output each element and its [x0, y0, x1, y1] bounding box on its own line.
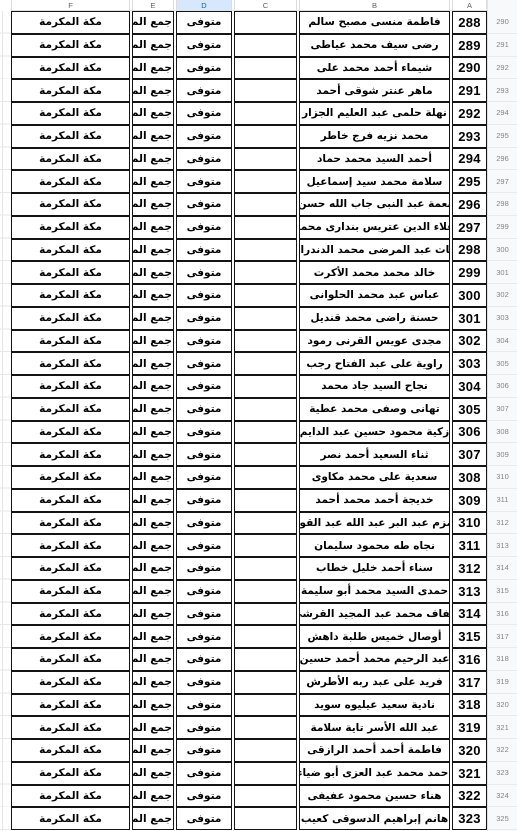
- cell-empty[interactable]: [234, 239, 297, 262]
- cell-name[interactable]: هناء حسين محمود عفيفى: [299, 785, 450, 808]
- row-number[interactable]: 300: [488, 239, 517, 262]
- cell-city[interactable]: مكة المكرمة: [11, 148, 130, 171]
- cell-district[interactable]: جمع المعيصم: [132, 125, 174, 148]
- cell-empty[interactable]: [234, 625, 297, 648]
- cell-status[interactable]: متوفى: [176, 102, 232, 125]
- row-number[interactable]: 310: [488, 466, 517, 489]
- cell-city[interactable]: مكة المكرمة: [11, 239, 130, 262]
- cell-serial-number[interactable]: 305: [452, 398, 487, 421]
- table-row: 306 زكية محمود حسين عبد الدايم متوفى جمع…: [11, 421, 487, 444]
- cell-empty[interactable]: [234, 512, 297, 535]
- cell-empty[interactable]: [234, 307, 297, 330]
- cell-serial-number[interactable]: 318: [452, 694, 487, 717]
- cell-status[interactable]: متوفى: [176, 534, 232, 557]
- table-row: 309 خديجة أحمد محمد أحمد متوفى جمع المعي…: [11, 489, 487, 512]
- cell-serial-number[interactable]: 319: [452, 716, 487, 739]
- row-number[interactable]: 297: [488, 170, 517, 193]
- table-row: 307 ثناء السعيد أحمد نصر متوفى جمع المعي…: [11, 443, 487, 466]
- row-number[interactable]: 294: [488, 102, 517, 125]
- sheet-body: 290 291 292 293 294 295 296 297 298 299 …: [0, 11, 517, 831]
- cell-name[interactable]: فاطمة منسى مصبح سالم: [299, 11, 450, 34]
- cell-serial-number[interactable]: 294: [452, 148, 487, 171]
- column-headers: A B C D E F: [11, 0, 487, 10]
- cell-city[interactable]: مكة المكرمة: [11, 534, 130, 557]
- header-sliver: [0, 0, 11, 11]
- cell-name[interactable]: نعمة عبد النبى جاب الله حسن: [299, 193, 450, 216]
- cell-district[interactable]: جمع المعيصم: [132, 466, 174, 489]
- cell-serial-number[interactable]: 304: [452, 375, 487, 398]
- cell-empty[interactable]: [234, 193, 297, 216]
- column-header[interactable]: A: [452, 0, 487, 10]
- cell-city[interactable]: مكة المكرمة: [11, 807, 130, 830]
- cell-status[interactable]: متوفى: [176, 284, 232, 307]
- row-number[interactable]: 312: [488, 512, 517, 535]
- cell-empty[interactable]: [234, 671, 297, 694]
- row-number[interactable]: 318: [488, 648, 517, 671]
- cell-district[interactable]: جمع المعيصم: [132, 375, 174, 398]
- table-row: 296 نعمة عبد النبى جاب الله حسن متوفى جم…: [11, 193, 487, 216]
- cell-serial-number[interactable]: 291: [452, 79, 487, 102]
- row-number[interactable]: 316: [488, 603, 517, 626]
- cell-status[interactable]: متوفى: [176, 557, 232, 580]
- row-number[interactable]: 309: [488, 443, 517, 466]
- row-number[interactable]: 305: [488, 352, 517, 375]
- cell-empty[interactable]: [234, 398, 297, 421]
- cell-city[interactable]: مكة المكرمة: [11, 489, 130, 512]
- row-number[interactable]: 301: [488, 261, 517, 284]
- table-row: 314 عفاف محمد عبد المجيد القرشى متوفى جم…: [11, 603, 487, 626]
- cell-serial-number[interactable]: 300: [452, 284, 487, 307]
- row-number[interactable]: 304: [488, 330, 517, 353]
- cell-district[interactable]: جمع المعيصم: [132, 489, 174, 512]
- cell-empty[interactable]: [234, 330, 297, 353]
- table-row: 319 عبد الله الأسر تاية سلامة متوفى جمع …: [11, 716, 487, 739]
- cell-district[interactable]: جمع المعيصم: [132, 716, 174, 739]
- cell-serial-number[interactable]: 299: [452, 261, 487, 284]
- cell-empty[interactable]: [234, 125, 297, 148]
- table-row: 301 حسنة راضى محمد قنديل متوفى جمع المعي…: [11, 307, 487, 330]
- cell-city[interactable]: مكة المكرمة: [11, 375, 130, 398]
- cell-city[interactable]: مكة المكرمة: [11, 785, 130, 808]
- cell-city[interactable]: مكة المكرمة: [11, 603, 130, 626]
- cell-district[interactable]: جمع المعيصم: [132, 284, 174, 307]
- cell-status[interactable]: متوفى: [176, 671, 232, 694]
- cell-empty[interactable]: [234, 807, 297, 830]
- table-row: 323 هانم إبراهيم الدسوقى كعيب متوفى جمع …: [11, 807, 487, 830]
- cell-district[interactable]: جمع المعيصم: [132, 534, 174, 557]
- cell-empty[interactable]: [234, 785, 297, 808]
- cell-serial-number[interactable]: 295: [452, 170, 487, 193]
- cell-name[interactable]: عباس عبد محمد الحلوانى: [299, 284, 450, 307]
- row-number[interactable]: 307: [488, 398, 517, 421]
- table-row: 312 سناء أحمد خليل خطاب متوفى جمع المعيص…: [11, 557, 487, 580]
- cell-status[interactable]: متوفى: [176, 79, 232, 102]
- cell-name[interactable]: حمدى السيد محمد أبو سليمة: [299, 580, 450, 603]
- cell-empty[interactable]: [234, 443, 297, 466]
- cell-name[interactable]: غايات عبد المرضى محمد الدندراوى: [299, 239, 450, 262]
- cell-status[interactable]: متوفى: [176, 580, 232, 603]
- row-number[interactable]: 311: [488, 489, 517, 512]
- cell-status[interactable]: متوفى: [176, 125, 232, 148]
- cell-city[interactable]: مكة المكرمة: [11, 125, 130, 148]
- cell-status[interactable]: متوفى: [176, 648, 232, 671]
- row-number[interactable]: 321: [488, 716, 517, 739]
- cell-name[interactable]: شيماء أحمد محمد على: [299, 57, 450, 80]
- cell-name[interactable]: رضى سيف محمد عياطى: [299, 34, 450, 57]
- cell-status[interactable]: متوفى: [176, 762, 232, 785]
- cell-serial-number[interactable]: 312: [452, 557, 487, 580]
- cell-empty[interactable]: [234, 284, 297, 307]
- cell-city[interactable]: مكة المكرمة: [11, 739, 130, 762]
- cell-district[interactable]: جمع المعيصم: [132, 79, 174, 102]
- cell-city[interactable]: مكة المكرمة: [11, 694, 130, 717]
- column-header-strip: A B C D E F: [0, 0, 517, 11]
- cell-name[interactable]: نهلة حلمى عبد العليم الجزار: [299, 102, 450, 125]
- cell-name[interactable]: حسنة راضى محمد قنديل: [299, 307, 450, 330]
- table-row: 322 هناء حسين محمود عفيفى متوفى جمع المع…: [11, 785, 487, 808]
- cell-serial-number[interactable]: 289: [452, 34, 487, 57]
- cell-city[interactable]: مكة المكرمة: [11, 34, 130, 57]
- cell-city[interactable]: مكة المكرمة: [11, 307, 130, 330]
- row-number[interactable]: 293: [488, 79, 517, 102]
- cell-district[interactable]: جمع المعيصم: [132, 148, 174, 171]
- cell-serial-number[interactable]: 292: [452, 102, 487, 125]
- cell-status[interactable]: متوفى: [176, 739, 232, 762]
- cell-empty[interactable]: [234, 739, 297, 762]
- cell-city[interactable]: مكة المكرمة: [11, 79, 130, 102]
- row-number[interactable]: 308: [488, 421, 517, 444]
- cell-name[interactable]: سعدية على محمد مكاوى: [299, 466, 450, 489]
- cell-empty[interactable]: [234, 466, 297, 489]
- column-header[interactable]: F: [11, 0, 130, 10]
- cell-name[interactable]: فاطمة أحمد أحمد الرازقى: [299, 739, 450, 762]
- row-number[interactable]: 323: [488, 762, 517, 785]
- cell-name[interactable]: نادية سعيد عيليوه سويد: [299, 694, 450, 717]
- cell-serial-number[interactable]: 302: [452, 330, 487, 353]
- cell-city[interactable]: مكة المكرمة: [11, 398, 130, 421]
- cell-city[interactable]: مكة المكرمة: [11, 466, 130, 489]
- cell-serial-number[interactable]: 288: [452, 11, 487, 34]
- cell-city[interactable]: مكة المكرمة: [11, 57, 130, 80]
- column-header[interactable]: E: [132, 0, 174, 10]
- cell-city[interactable]: مكة المكرمة: [11, 443, 130, 466]
- cell-serial-number[interactable]: 320: [452, 739, 487, 762]
- cell-name[interactable]: أحمد محمد عبد العزى أبو ضياء: [299, 762, 450, 785]
- cell-status[interactable]: متوفى: [176, 785, 232, 808]
- cell-name[interactable]: ثناء السعيد أحمد نصر: [299, 443, 450, 466]
- cell-empty[interactable]: [234, 102, 297, 125]
- cell-district[interactable]: جمع المعيصم: [132, 512, 174, 535]
- cell-serial-number[interactable]: 317: [452, 671, 487, 694]
- cell-district[interactable]: جمع المعيصم: [132, 807, 174, 830]
- cell-district[interactable]: جمع المعيصم: [132, 739, 174, 762]
- cell-empty[interactable]: [234, 557, 297, 580]
- row-number[interactable]: 299: [488, 216, 517, 239]
- cell-serial-number[interactable]: 293: [452, 125, 487, 148]
- cell-serial-number[interactable]: 290: [452, 57, 487, 80]
- row-number[interactable]: 322: [488, 739, 517, 762]
- cell-name[interactable]: أوصال خميس طلبة داهش: [299, 625, 450, 648]
- cell-status[interactable]: متوفى: [176, 330, 232, 353]
- cell-empty[interactable]: [234, 716, 297, 739]
- column-header[interactable]: B: [299, 0, 450, 10]
- cell-name[interactable]: ماهر عنتر شوقى أحمد: [299, 79, 450, 102]
- cell-district[interactable]: جمع المعيصم: [132, 671, 174, 694]
- table-row: 288 فاطمة منسى مصبح سالم متوفى جمع المعي…: [11, 11, 487, 34]
- cell-name[interactable]: زمزم عبد البر عبد الله عبد القوى: [299, 512, 450, 535]
- cell-serial-number[interactable]: 296: [452, 193, 487, 216]
- cell-serial-number[interactable]: 306: [452, 421, 487, 444]
- row-number[interactable]: 292: [488, 57, 517, 80]
- cell-serial-number[interactable]: 316: [452, 648, 487, 671]
- cell-district[interactable]: جمع المعيصم: [132, 216, 174, 239]
- cell-city[interactable]: مكة المكرمة: [11, 716, 130, 739]
- cell-name[interactable]: خالد محمد محمد الأكرت: [299, 261, 450, 284]
- table-row: 320 فاطمة أحمد أحمد الرازقى متوفى جمع ال…: [11, 739, 487, 762]
- row-number[interactable]: 290: [488, 11, 517, 34]
- cell-name[interactable]: راوية على عبد الفتاح رجب: [299, 352, 450, 375]
- cell-city[interactable]: مكة المكرمة: [11, 284, 130, 307]
- cell-serial-number[interactable]: 310: [452, 512, 487, 535]
- cell-status[interactable]: متوفى: [176, 512, 232, 535]
- cell-district[interactable]: جمع المعيصم: [132, 34, 174, 57]
- cell-empty[interactable]: [234, 421, 297, 444]
- cell-status[interactable]: متوفى: [176, 694, 232, 717]
- cell-status[interactable]: متوفى: [176, 421, 232, 444]
- table-row: 294 أحمد السيد محمد حماد متوفى جمع المعي…: [11, 148, 487, 171]
- cell-name[interactable]: عبد الرحيم محمد أحمد حسين: [299, 648, 450, 671]
- cell-city[interactable]: مكة المكرمة: [11, 557, 130, 580]
- cell-empty[interactable]: [234, 489, 297, 512]
- cell-district[interactable]: جمع المعيصم: [132, 398, 174, 421]
- table-row: 303 راوية على عبد الفتاح رجب متوفى جمع ا…: [11, 352, 487, 375]
- cell-status[interactable]: متوفى: [176, 11, 232, 34]
- cell-district[interactable]: جمع المعيصم: [132, 443, 174, 466]
- cell-city[interactable]: مكة المكرمة: [11, 762, 130, 785]
- cell-empty[interactable]: [234, 170, 297, 193]
- cell-serial-number[interactable]: 315: [452, 625, 487, 648]
- cell-empty[interactable]: [234, 534, 297, 557]
- cell-serial-number[interactable]: 321: [452, 762, 487, 785]
- cell-city[interactable]: مكة المكرمة: [11, 330, 130, 353]
- row-number[interactable]: 298: [488, 193, 517, 216]
- cell-district[interactable]: جمع المعيصم: [132, 352, 174, 375]
- cell-district[interactable]: جمع المعيصم: [132, 421, 174, 444]
- table-row: 317 فريد على عبد ربه الأطرش متوفى جمع ال…: [11, 671, 487, 694]
- next-column-sliver: [0, 11, 11, 831]
- cell-serial-number[interactable]: 303: [452, 352, 487, 375]
- cell-serial-number[interactable]: 314: [452, 603, 487, 626]
- cell-serial-number[interactable]: 301: [452, 307, 487, 330]
- table-row: 310 زمزم عبد البر عبد الله عبد القوى متو…: [11, 512, 487, 535]
- cell-empty[interactable]: [234, 148, 297, 171]
- cell-city[interactable]: مكة المكرمة: [11, 11, 130, 34]
- table-row: 298 غايات عبد المرضى محمد الدندراوى متوف…: [11, 239, 487, 262]
- table-row: 290 شيماء أحمد محمد على متوفى جمع المعيص…: [11, 57, 487, 80]
- cell-status[interactable]: متوفى: [176, 148, 232, 171]
- cell-district[interactable]: جمع المعيصم: [132, 580, 174, 603]
- cell-status[interactable]: متوفى: [176, 489, 232, 512]
- cell-district[interactable]: جمع المعيصم: [132, 330, 174, 353]
- cell-name[interactable]: خديجة أحمد محمد أحمد: [299, 489, 450, 512]
- cell-empty[interactable]: [234, 762, 297, 785]
- cell-name[interactable]: تهانى وصفى محمد عطية: [299, 398, 450, 421]
- cell-name[interactable]: علاء الدين عتريس بندارى محمد: [299, 216, 450, 239]
- cell-serial-number[interactable]: 323: [452, 807, 487, 830]
- cell-city[interactable]: مكة المكرمة: [11, 170, 130, 193]
- cell-serial-number[interactable]: 322: [452, 785, 487, 808]
- row-number[interactable]: 296: [488, 148, 517, 171]
- row-number[interactable]: 306: [488, 375, 517, 398]
- row-number[interactable]: 319: [488, 671, 517, 694]
- row-number[interactable]: 314: [488, 557, 517, 580]
- cell-status[interactable]: متوفى: [176, 34, 232, 57]
- cell-empty[interactable]: [234, 648, 297, 671]
- data-grid: 288 فاطمة منسى مصبح سالم متوفى جمع المعي…: [11, 11, 487, 831]
- cell-name[interactable]: سلامة محمد سيد إسماعيل: [299, 170, 450, 193]
- row-number[interactable]: 303: [488, 307, 517, 330]
- cell-district[interactable]: جمع المعيصم: [132, 603, 174, 626]
- cell-city[interactable]: مكة المكرمة: [11, 421, 130, 444]
- table-row: 308 سعدية على محمد مكاوى متوفى جمع المعي…: [11, 466, 487, 489]
- table-row: 315 أوصال خميس طلبة داهش متوفى جمع المعي…: [11, 625, 487, 648]
- cell-city[interactable]: مكة المكرمة: [11, 580, 130, 603]
- cell-name[interactable]: عفاف محمد عبد المجيد القرشى: [299, 603, 450, 626]
- cell-status[interactable]: متوفى: [176, 375, 232, 398]
- cell-serial-number[interactable]: 307: [452, 443, 487, 466]
- table-row: 299 خالد محمد محمد الأكرت متوفى جمع المع…: [11, 261, 487, 284]
- row-number[interactable]: 302: [488, 284, 517, 307]
- cell-status[interactable]: متوفى: [176, 239, 232, 262]
- cell-district[interactable]: جمع المعيصم: [132, 239, 174, 262]
- cell-city[interactable]: مكة المكرمة: [11, 512, 130, 535]
- column-header[interactable]: D: [176, 0, 232, 10]
- column-header[interactable]: C: [234, 0, 297, 10]
- cell-name[interactable]: هانم إبراهيم الدسوقى كعيب: [299, 807, 450, 830]
- table-row: 292 نهلة حلمى عبد العليم الجزار متوفى جم…: [11, 102, 487, 125]
- gutter-corner: [487, 0, 517, 11]
- cell-city[interactable]: مكة المكرمة: [11, 352, 130, 375]
- cell-district[interactable]: جمع المعيصم: [132, 648, 174, 671]
- cell-empty[interactable]: [234, 57, 297, 80]
- cell-empty[interactable]: [234, 352, 297, 375]
- cell-city[interactable]: مكة المكرمة: [11, 193, 130, 216]
- cell-city[interactable]: مكة المكرمة: [11, 671, 130, 694]
- cell-status[interactable]: متوفى: [176, 807, 232, 830]
- cell-serial-number[interactable]: 298: [452, 239, 487, 262]
- table-row: 311 نجاه طه محمود سليمان متوفى جمع المعي…: [11, 534, 487, 557]
- cell-status[interactable]: متوفى: [176, 170, 232, 193]
- cell-serial-number[interactable]: 311: [452, 534, 487, 557]
- cell-city[interactable]: مكة المكرمة: [11, 625, 130, 648]
- cell-serial-number[interactable]: 313: [452, 580, 487, 603]
- cell-district[interactable]: جمع المعيصم: [132, 785, 174, 808]
- cell-district[interactable]: جمع المعيصم: [132, 57, 174, 80]
- cell-district[interactable]: جمع المعيصم: [132, 307, 174, 330]
- cell-empty[interactable]: [234, 261, 297, 284]
- cell-city[interactable]: مكة المكرمة: [11, 648, 130, 671]
- cell-district[interactable]: جمع المعيصم: [132, 193, 174, 216]
- cell-empty[interactable]: [234, 580, 297, 603]
- row-number[interactable]: 320: [488, 694, 517, 717]
- cell-district[interactable]: جمع المعيصم: [132, 261, 174, 284]
- row-number[interactable]: 313: [488, 534, 517, 557]
- table-row: 313 حمدى السيد محمد أبو سليمة متوفى جمع …: [11, 580, 487, 603]
- table-row: 291 ماهر عنتر شوقى أحمد متوفى جمع المعيص…: [11, 79, 487, 102]
- table-row: 297 علاء الدين عتريس بندارى محمد متوفى ج…: [11, 216, 487, 239]
- table-row: 304 نجاح السيد جاد محمد متوفى جمع المعيص…: [11, 375, 487, 398]
- row-number-gutter: 290 291 292 293 294 295 296 297 298 299 …: [487, 11, 517, 831]
- table-row: 316 عبد الرحيم محمد أحمد حسين متوفى جمع …: [11, 648, 487, 671]
- table-row: 293 محمد نزيه فرج خاطر متوفى جمع المعيصم…: [11, 125, 487, 148]
- cell-status[interactable]: متوفى: [176, 352, 232, 375]
- cell-city[interactable]: مكة المكرمة: [11, 102, 130, 125]
- row-number[interactable]: 324: [488, 785, 517, 808]
- cell-status[interactable]: متوفى: [176, 466, 232, 489]
- cell-city[interactable]: مكة المكرمة: [11, 216, 130, 239]
- cell-name[interactable]: محمد نزيه فرج خاطر: [299, 125, 450, 148]
- cell-district[interactable]: جمع المعيصم: [132, 11, 174, 34]
- cell-serial-number[interactable]: 309: [452, 489, 487, 512]
- cell-empty[interactable]: [234, 34, 297, 57]
- cell-status[interactable]: متوفى: [176, 57, 232, 80]
- cell-district[interactable]: جمع المعيصم: [132, 102, 174, 125]
- cell-serial-number[interactable]: 297: [452, 216, 487, 239]
- cell-city[interactable]: مكة المكرمة: [11, 261, 130, 284]
- table-row: 305 تهانى وصفى محمد عطية متوفى جمع المعي…: [11, 398, 487, 421]
- cell-district[interactable]: جمع المعيصم: [132, 694, 174, 717]
- cell-empty[interactable]: [234, 11, 297, 34]
- cell-name[interactable]: فريد على عبد ربه الأطرش: [299, 671, 450, 694]
- table-row: 318 نادية سعيد عيليوه سويد متوفى جمع الم…: [11, 694, 487, 717]
- table-row: 302 مجدى عويس القرنى رمود متوفى جمع المع…: [11, 330, 487, 353]
- cell-status[interactable]: متوفى: [176, 716, 232, 739]
- cell-name[interactable]: زكية محمود حسين عبد الدايم: [299, 421, 450, 444]
- cell-status[interactable]: متوفى: [176, 443, 232, 466]
- cell-name[interactable]: عبد الله الأسر تاية سلامة: [299, 716, 450, 739]
- row-number[interactable]: 317: [488, 625, 517, 648]
- cell-name[interactable]: سناء أحمد خليل خطاب: [299, 557, 450, 580]
- cell-serial-number[interactable]: 308: [452, 466, 487, 489]
- spreadsheet: A B C D E F 290 291 292 293 294 295 296 …: [0, 0, 517, 831]
- table-row: 300 عباس عبد محمد الحلوانى متوفى جمع الم…: [11, 284, 487, 307]
- row-number[interactable]: 315: [488, 580, 517, 603]
- cell-empty[interactable]: [234, 694, 297, 717]
- cell-name[interactable]: أحمد السيد محمد حماد: [299, 148, 450, 171]
- cell-name[interactable]: مجدى عويس القرنى رمود: [299, 330, 450, 353]
- cell-status[interactable]: متوفى: [176, 261, 232, 284]
- cell-name[interactable]: نجاه طه محمود سليمان: [299, 534, 450, 557]
- cell-district[interactable]: جمع المعيصم: [132, 625, 174, 648]
- cell-empty[interactable]: [234, 375, 297, 398]
- row-number[interactable]: 325: [488, 807, 517, 830]
- cell-name[interactable]: نجاح السيد جاد محمد: [299, 375, 450, 398]
- row-number[interactable]: 295: [488, 125, 517, 148]
- cell-status[interactable]: متوفى: [176, 398, 232, 421]
- cell-empty[interactable]: [234, 603, 297, 626]
- cell-status[interactable]: متوفى: [176, 216, 232, 239]
- cell-district[interactable]: جمع المعيصم: [132, 170, 174, 193]
- row-number[interactable]: 291: [488, 34, 517, 57]
- cell-empty[interactable]: [234, 79, 297, 102]
- cell-empty[interactable]: [234, 216, 297, 239]
- cell-district[interactable]: جمع المعيصم: [132, 557, 174, 580]
- cell-status[interactable]: متوفى: [176, 603, 232, 626]
- cell-status[interactable]: متوفى: [176, 307, 232, 330]
- cell-status[interactable]: متوفى: [176, 193, 232, 216]
- cell-district[interactable]: جمع المعيصم: [132, 762, 174, 785]
- cell-status[interactable]: متوفى: [176, 625, 232, 648]
